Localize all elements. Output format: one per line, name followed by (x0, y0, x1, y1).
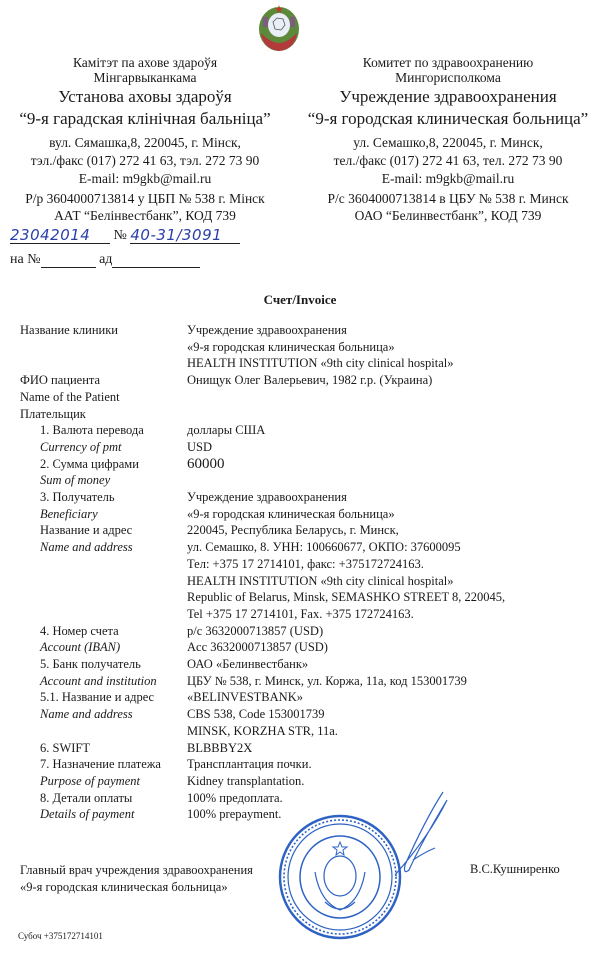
institution-line1: Учреждение здравоохранения (296, 88, 600, 110)
bank-account: Р/р 3604000713814 у ЦБП № 538 г. Мінск (0, 192, 290, 209)
row-label: 2. Сумма цифрами (0, 456, 187, 473)
table-row: Sum of money (0, 472, 600, 489)
row-label: Purpose of payment (0, 773, 187, 790)
phones: тел./факс (017) 272 41 63, тел. 272 73 9… (296, 154, 600, 172)
table-row: HEALTH INSTITUTION «9th city clinical ho… (0, 355, 600, 372)
table-row: Name and addressCBS 538, Code 153001739 (0, 706, 600, 723)
table-row: Название клиникиУчреждение здравоохранен… (0, 322, 600, 339)
row-value: CBS 538, Code 153001739 (187, 706, 600, 723)
row-label: Account (IBAN) (0, 639, 187, 656)
row-label: 6. SWIFT (0, 740, 187, 757)
table-row: Tel +375 17 2714101, Fax. +375 172724163… (0, 606, 600, 623)
bank-name: ОАО “Белинвестбанк”, КОД 739 (296, 209, 600, 226)
row-value: Трансплантация почки. (187, 756, 600, 773)
email: E-mail: m9gkb@mail.ru (296, 172, 600, 192)
row-label: 5.1. Название и адрес (0, 689, 187, 706)
committee-line1: Комитет по здравоохранению (296, 56, 600, 71)
row-value: Kidney transplantation. (187, 773, 600, 790)
letterhead-russian: Комитет по здравоохранению Мингорисполко… (296, 56, 600, 226)
table-row: 8. Детали оплаты100% предоплата. (0, 790, 600, 807)
table-row: Name and addressул. Семашко, 8. УНН: 100… (0, 539, 600, 556)
table-row: 5. Банк получательОАО «Белинвестбанк» (0, 656, 600, 673)
table-row: 5.1. Название и адрес«BELINVESTBANK» (0, 689, 600, 706)
invoice-table: Название клиникиУчреждение здравоохранен… (0, 322, 600, 823)
row-value: «BELINVESTBANK» (187, 689, 600, 706)
row-label: Account and institution (0, 673, 187, 690)
address: ул. Семашко,8, 220045, г. Минск, (296, 136, 600, 154)
row-label: Название и адрес (0, 522, 187, 539)
committee-line2: Мінгарвыканкама (0, 71, 290, 86)
table-row: MINSK, KORZHA STR, 11a. (0, 723, 600, 740)
row-label: Sum of money (0, 472, 187, 489)
row-label (0, 589, 187, 606)
row-value: HEALTH INSTITUTION «9th city clinical ho… (187, 355, 600, 372)
table-row: Currency of pmtUSD (0, 439, 600, 456)
bank-name: ААТ “Белінвестбанк”, КОД 739 (0, 209, 290, 226)
handwritten-signature-icon (375, 790, 455, 885)
outgoing-number: 40-31/3091 (130, 226, 240, 244)
table-row: 3. ПолучательУчреждение здравоохранения (0, 489, 600, 506)
row-value: Republic of Belarus, Minsk, SEMASHKO STR… (187, 589, 600, 606)
invoice-title: Счет/Invoice (0, 292, 600, 308)
phones: тэл./факс (017) 272 41 63, тэл. 272 73 9… (0, 154, 290, 172)
email: E-mail: m9gkb@mail.ru (0, 172, 290, 192)
row-value: Учреждение здравоохранения (187, 322, 600, 339)
row-label: Название клиники (0, 322, 187, 339)
table-row: Purpose of paymentKidney transplantation… (0, 773, 600, 790)
contact-footer: Субоч +375172714101 (18, 931, 103, 941)
row-value: «9-я городская клиническая больница» (187, 506, 600, 523)
table-row: Beneficiary«9-я городская клиническая бо… (0, 506, 600, 523)
table-row: Плательщик (0, 406, 600, 423)
committee-line2: Мингорисполкома (296, 71, 600, 86)
outgoing-date: 23042014 (10, 226, 110, 244)
table-row: Тел: +375 17 2714101, факс: +37517272416… (0, 556, 600, 573)
row-value: ул. Семашко, 8. УНН: 100660677, ОКПО: 37… (187, 539, 600, 556)
row-label: 4. Номер счета (0, 623, 187, 640)
row-value: Учреждение здравоохранения (187, 489, 600, 506)
row-label: Currency of pmt (0, 439, 187, 456)
table-row: Account and institutionЦБУ № 538, г. Мин… (0, 673, 600, 690)
institution-line1: Установа аховы здароўя (0, 88, 290, 110)
row-label: 8. Детали оплаты (0, 790, 187, 807)
ref-date-line (112, 250, 200, 268)
table-row: 1. Валюта переводадоллары США (0, 422, 600, 439)
row-value: USD (187, 439, 600, 456)
row-value: 60000 (187, 456, 600, 473)
row-value: BLBBBY2X (187, 740, 600, 757)
table-row: Republic of Belarus, Minsk, SEMASHKO STR… (0, 589, 600, 606)
signatory-title: Главный врач учреждения здравоохранения (20, 862, 253, 879)
row-value: ЦБУ № 538, г. Минск, ул. Коржа, 11а, код… (187, 673, 600, 690)
row-label (0, 573, 187, 590)
row-label (0, 339, 187, 356)
table-row: Name of the Patient (0, 389, 600, 406)
row-value (187, 389, 600, 406)
row-label (0, 606, 187, 623)
table-row: 7. Назначение платежаТрансплантация почк… (0, 756, 600, 773)
row-value: HEALTH INSTITUTION «9th city clinical ho… (187, 573, 600, 590)
row-label: 3. Получатель (0, 489, 187, 506)
row-label: Name of the Patient (0, 389, 187, 406)
ref-from-label: ад (99, 252, 112, 267)
signature-block: Главный врач учреждения здравоохранения … (20, 862, 253, 896)
row-value: Тел: +375 17 2714101, факс: +37517272416… (187, 556, 600, 573)
table-row: HEALTH INSTITUTION «9th city clinical ho… (0, 573, 600, 590)
row-value: Acc 3632000713857 (USD) (187, 639, 600, 656)
committee-line1: Камітэт па ахове здароўя (0, 56, 290, 71)
ref-label: на № (10, 252, 41, 267)
row-label: 7. Назначение платежа (0, 756, 187, 773)
row-label: 5. Банк получатель (0, 656, 187, 673)
table-row: 2. Сумма цифрами60000 (0, 456, 600, 473)
belarus-coat-of-arms-icon (257, 3, 301, 53)
institution-line2: “9-я городская клиническая больница” (296, 110, 600, 134)
row-value (187, 472, 600, 489)
row-value: ОАО «Белинвестбанк» (187, 656, 600, 673)
signatory-institution: «9-я городская клиническая больница» (20, 879, 253, 896)
row-label: Name and address (0, 539, 187, 556)
institution-line2: “9-я гарадская клінічная бальніца” (0, 110, 290, 134)
row-label: Beneficiary (0, 506, 187, 523)
row-label: Details of payment (0, 806, 187, 823)
signatory-name: В.С.Кушниренко (470, 862, 560, 877)
row-value: доллары США (187, 422, 600, 439)
row-value: р/с 3632000713857 (USD) (187, 623, 600, 640)
outgoing-number-block: 23042014 № 40-31/3091 на № ад (10, 226, 240, 272)
table-row: Account (IBAN)Acc 3632000713857 (USD) (0, 639, 600, 656)
row-label: Name and address (0, 706, 187, 723)
table-row: Название и адрес220045, Республика Белар… (0, 522, 600, 539)
row-value: Tel +375 17 2714101, Fax. +375 172724163… (187, 606, 600, 623)
row-label (0, 355, 187, 372)
bank-account: Р/с 3604000713814 в ЦБУ № 538 г. Минск (296, 192, 600, 209)
row-value: MINSK, KORZHA STR, 11a. (187, 723, 600, 740)
number-label: № (114, 228, 127, 243)
row-value: «9-я городская клиническая больница» (187, 339, 600, 356)
letterhead-belarusian: Камітэт па ахове здароўя Мінгарвыканкама… (0, 56, 290, 226)
row-label: ФИО пациента (0, 372, 187, 389)
row-label: 1. Валюта перевода (0, 422, 187, 439)
row-label (0, 556, 187, 573)
row-value: 220045, Республика Беларусь, г. Минск, (187, 522, 600, 539)
row-label: Плательщик (0, 406, 187, 423)
row-value: Онищук Олег Валерьевич, 1982 г.р. (Украи… (187, 372, 600, 389)
ref-number-line (41, 250, 96, 268)
table-row: «9-я городская клиническая больница» (0, 339, 600, 356)
table-row: ФИО пациентаОнищук Олег Валерьевич, 1982… (0, 372, 600, 389)
row-label (0, 723, 187, 740)
table-row: 6. SWIFTBLBBBY2X (0, 740, 600, 757)
address: вул. Сямашка,8, 220045, г. Мінск, (0, 136, 290, 154)
row-value (187, 406, 600, 423)
table-row: 4. Номер счетар/с 3632000713857 (USD) (0, 623, 600, 640)
